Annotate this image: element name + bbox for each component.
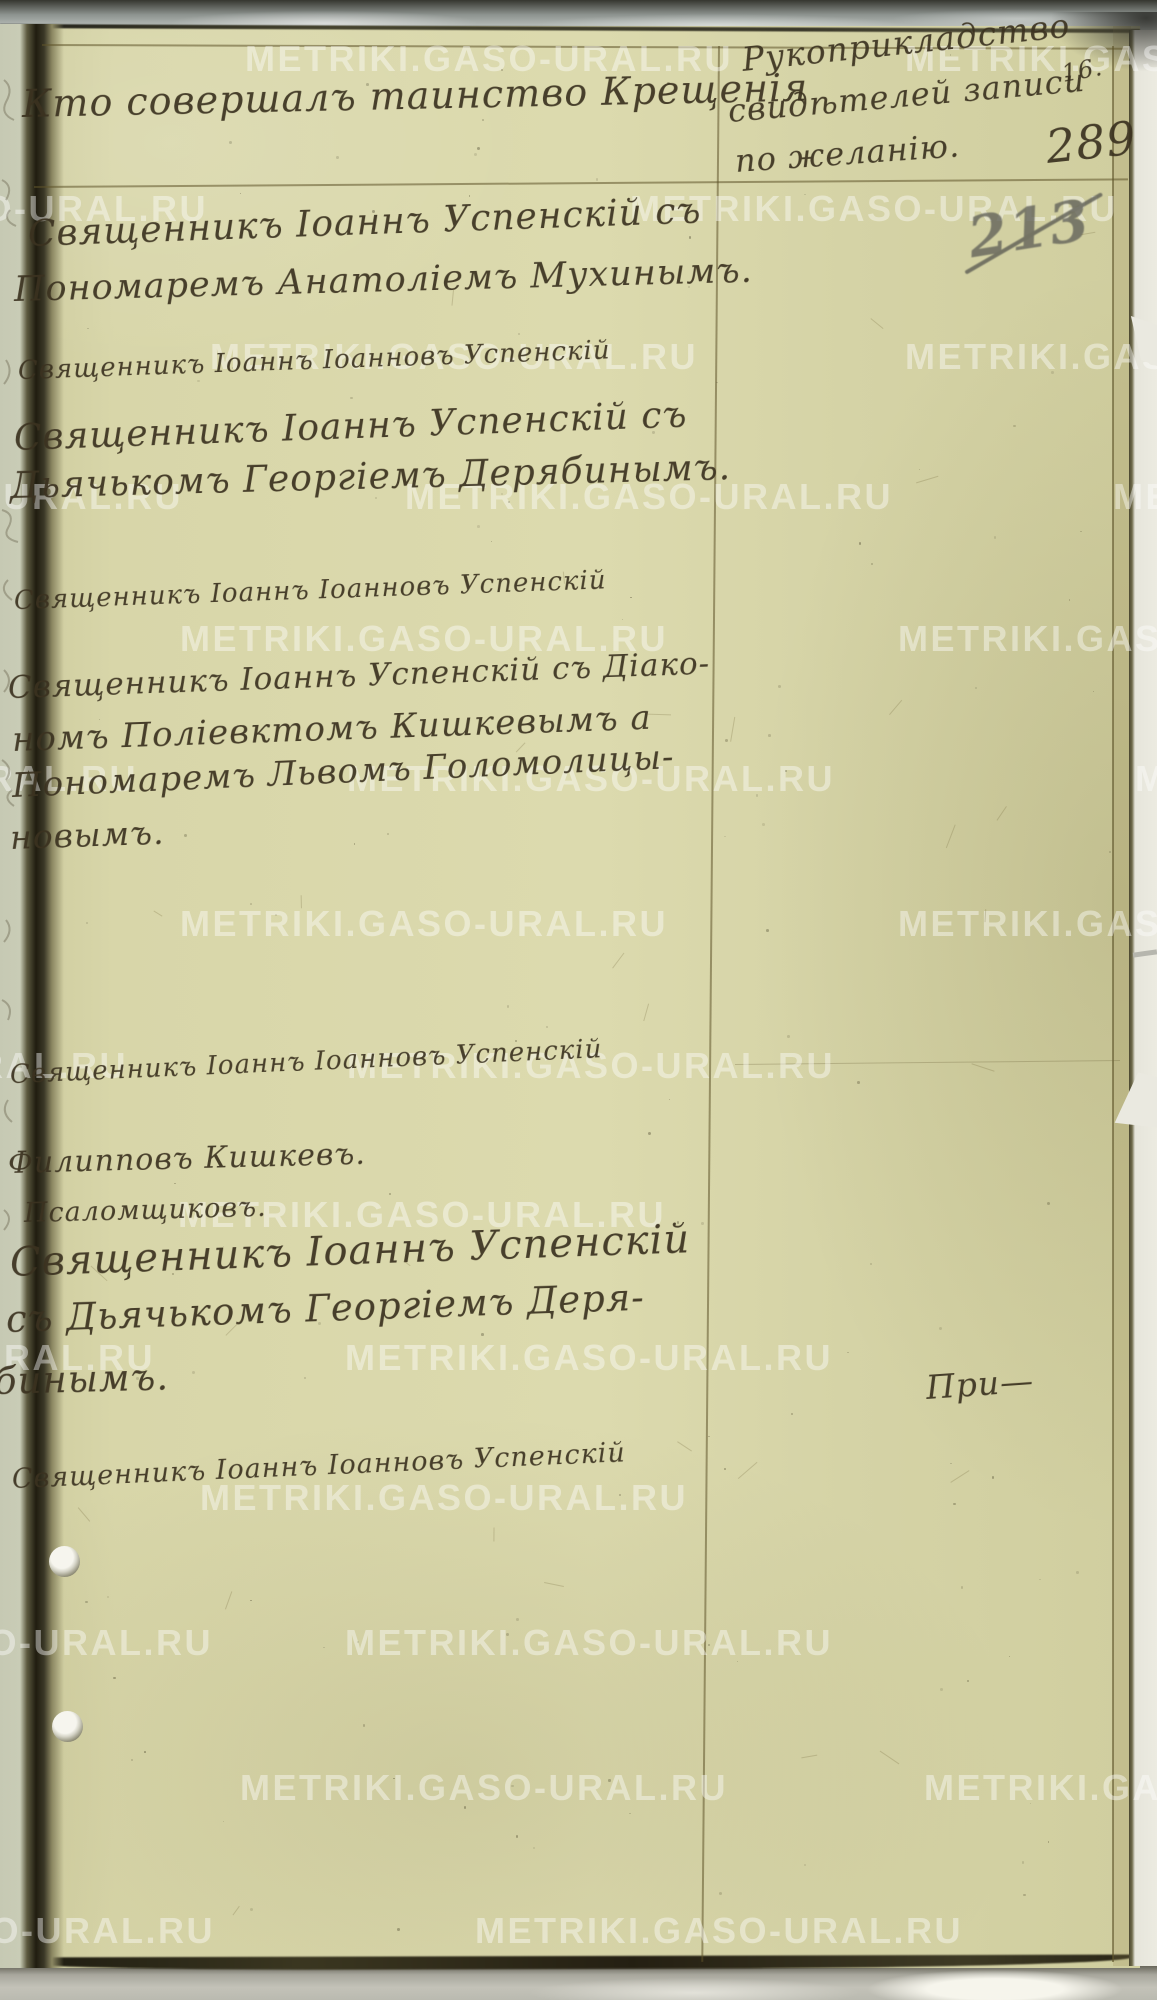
paper-speck: [372, 210, 375, 213]
watermark-text: METRIKI.GASO-URAL.RU: [0, 1622, 213, 1664]
watermark-text: METRIKI.GASO-URAL.RU: [240, 1767, 728, 1809]
paper-speck: [501, 69, 503, 71]
paper-speck: [354, 843, 355, 844]
paper-speck: [192, 1371, 195, 1374]
paper-speck: [75, 680, 78, 683]
paper-speck: [870, 1263, 872, 1265]
paper-speck: [950, 1463, 951, 1464]
table-right-rule: [1112, 46, 1114, 1962]
paper-speck: [622, 619, 623, 620]
margin-writing-fragment: [0, 60, 30, 1460]
paper-speck: [847, 1352, 848, 1353]
paper-speck: [745, 156, 747, 158]
paper-speck: [87, 328, 88, 329]
watermark-text: METRIKI.GASO-URAL.RU: [345, 1622, 833, 1664]
entry-8: Псаломщиковъ.: [24, 1192, 267, 1229]
paper-speck: [387, 833, 389, 835]
watermark-text: METRIKI.GASO-URAL.RU: [180, 903, 668, 945]
watermark-text: METRIKI.GASO-URAL.RU: [1113, 476, 1157, 518]
paper-speck: [648, 1132, 651, 1135]
paper-speck: [474, 153, 477, 156]
paper-speck: [341, 1300, 344, 1303]
paper-speck: [992, 1476, 994, 1478]
paper-speck: [667, 82, 670, 85]
paper-speck: [724, 1468, 726, 1470]
paper-speck: [1076, 1571, 1079, 1574]
watermark-text: METRIKI.GASO-URAL.RU: [924, 1767, 1157, 1809]
paper-fiber: [493, 1527, 494, 1541]
paper-speck: [397, 1928, 400, 1931]
paper-speck: [533, 1847, 535, 1849]
paper-speck: [516, 1835, 518, 1837]
paper-speck: [1023, 1894, 1025, 1896]
watermark-text: METRIKI.GASO-URAL.RU: [898, 618, 1157, 660]
paper-speck: [250, 903, 252, 905]
paper-speck: [144, 1751, 146, 1753]
binder-hole: [49, 1546, 80, 1577]
folio-number: 289: [1043, 111, 1139, 174]
paper-speck: [366, 83, 369, 86]
scanner-bottom-band: [0, 1964, 1157, 2000]
paper-speck: [223, 1821, 224, 1822]
paper-page: [0, 26, 1140, 1968]
paper-speck: [389, 1193, 391, 1195]
paper-speck: [99, 719, 100, 720]
paper-speck: [701, 1222, 704, 1225]
entry-5-line-4: новымъ.: [9, 813, 165, 857]
scanned-document-page: METRIKI.GASO-URAL.RUMETRIKI.GASO-URAL.RU…: [0, 0, 1157, 2000]
paper-speck: [501, 493, 503, 495]
paper-speck: [791, 1413, 793, 1415]
paper-speck: [507, 1005, 509, 1007]
paper-speck: [1051, 371, 1054, 374]
paper-speck: [629, 1813, 631, 1815]
paper-speck: [318, 1322, 321, 1325]
binder-hole: [52, 1711, 83, 1742]
paper-speck: [1080, 531, 1082, 533]
paper-speck: [357, 1641, 359, 1643]
watermark-text: METRIKI.GASO-URAL.RU: [1135, 758, 1157, 800]
paper-speck: [107, 1596, 109, 1598]
paper-speck: [546, 1026, 548, 1028]
paper-speck: [871, 563, 873, 565]
paper-speck: [756, 794, 759, 797]
paper-speck: [421, 729, 423, 731]
paper-speck: [768, 734, 771, 737]
paper-speck: [85, 1601, 87, 1603]
paper-speck: [399, 418, 401, 420]
watermark-text: METRIKI.GASO-URAL.RU: [0, 1910, 215, 1952]
paper-speck: [506, 1633, 509, 1636]
paper-speck: [516, 1618, 519, 1621]
paper-speck: [725, 739, 728, 742]
watermark-text: METRIKI.GASO-URAL.RU: [905, 336, 1157, 378]
paper-fiber: [300, 895, 301, 908]
paper-speck: [250, 1908, 253, 1911]
paper-speck: [787, 1035, 790, 1038]
paper-speck: [336, 156, 339, 159]
margin-note-right: При—: [925, 1361, 1036, 1407]
paper-speck: [708, 1644, 710, 1646]
paper-speck: [481, 1333, 484, 1336]
paper-speck: [136, 1377, 139, 1380]
paper-speck: [961, 1586, 964, 1589]
paper-speck: [608, 1779, 610, 1781]
watermark-text: METRIKI.GASO-URAL.RU: [345, 1337, 833, 1379]
paper-speck: [953, 1503, 955, 1505]
paper-speck: [716, 382, 717, 383]
paper-speck: [240, 193, 241, 194]
paper-speck: [1069, 599, 1070, 600]
paper-speck: [939, 1327, 942, 1330]
paper-speck: [652, 431, 654, 433]
watermark-text: METRIKI.GASO-URAL.RU: [475, 1910, 963, 1952]
watermark-text: METRIKI.GASO-URAL.RU: [898, 903, 1157, 945]
